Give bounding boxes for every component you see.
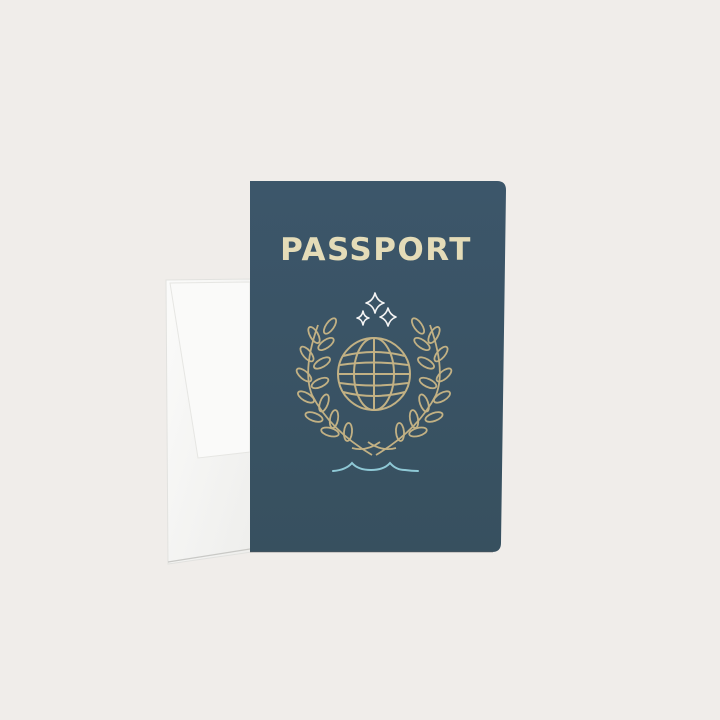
product-photo: PASSPORT [0, 0, 720, 720]
passport-card [0, 0, 720, 720]
passport-title: PASSPORT [250, 232, 502, 268]
globe-icon [338, 338, 410, 410]
